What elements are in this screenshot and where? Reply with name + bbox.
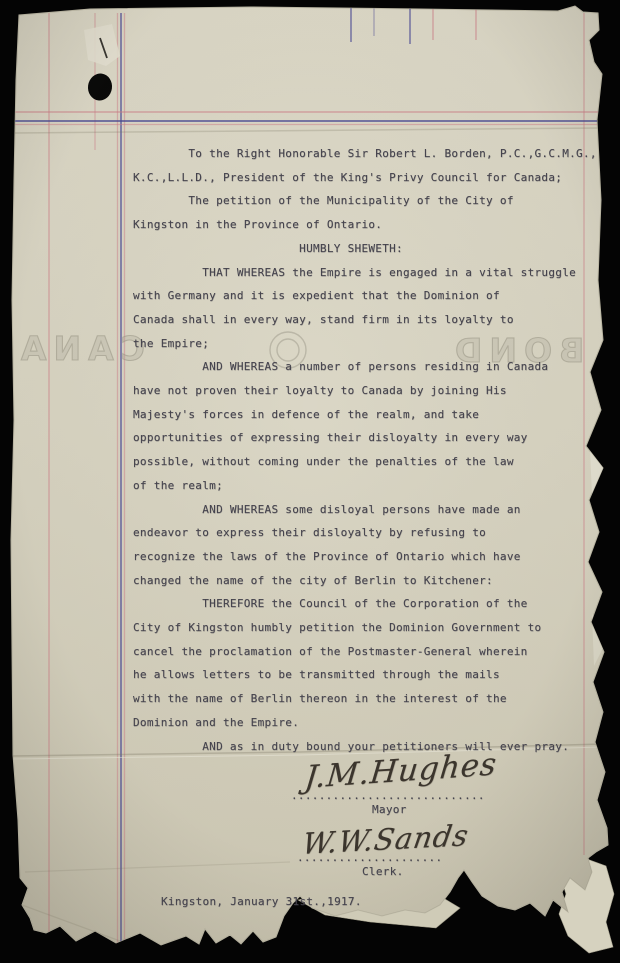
mayor-signature-dots: ............................ — [291, 789, 485, 802]
mayor-title: Mayor — [372, 803, 407, 816]
dateline: Kingston, January 31st.,1917. — [161, 895, 362, 908]
archival-photo: CANA BOND To the Right Honorable Sir Rob… — [0, 0, 620, 963]
clerk-title: Clerk. — [362, 865, 404, 878]
watermark-text-left: CANA — [14, 329, 145, 368]
clerk-signature-dots: ..................... — [297, 851, 442, 864]
petition-body-text: To the Right Honorable Sir Robert L. Bor… — [133, 142, 597, 758]
